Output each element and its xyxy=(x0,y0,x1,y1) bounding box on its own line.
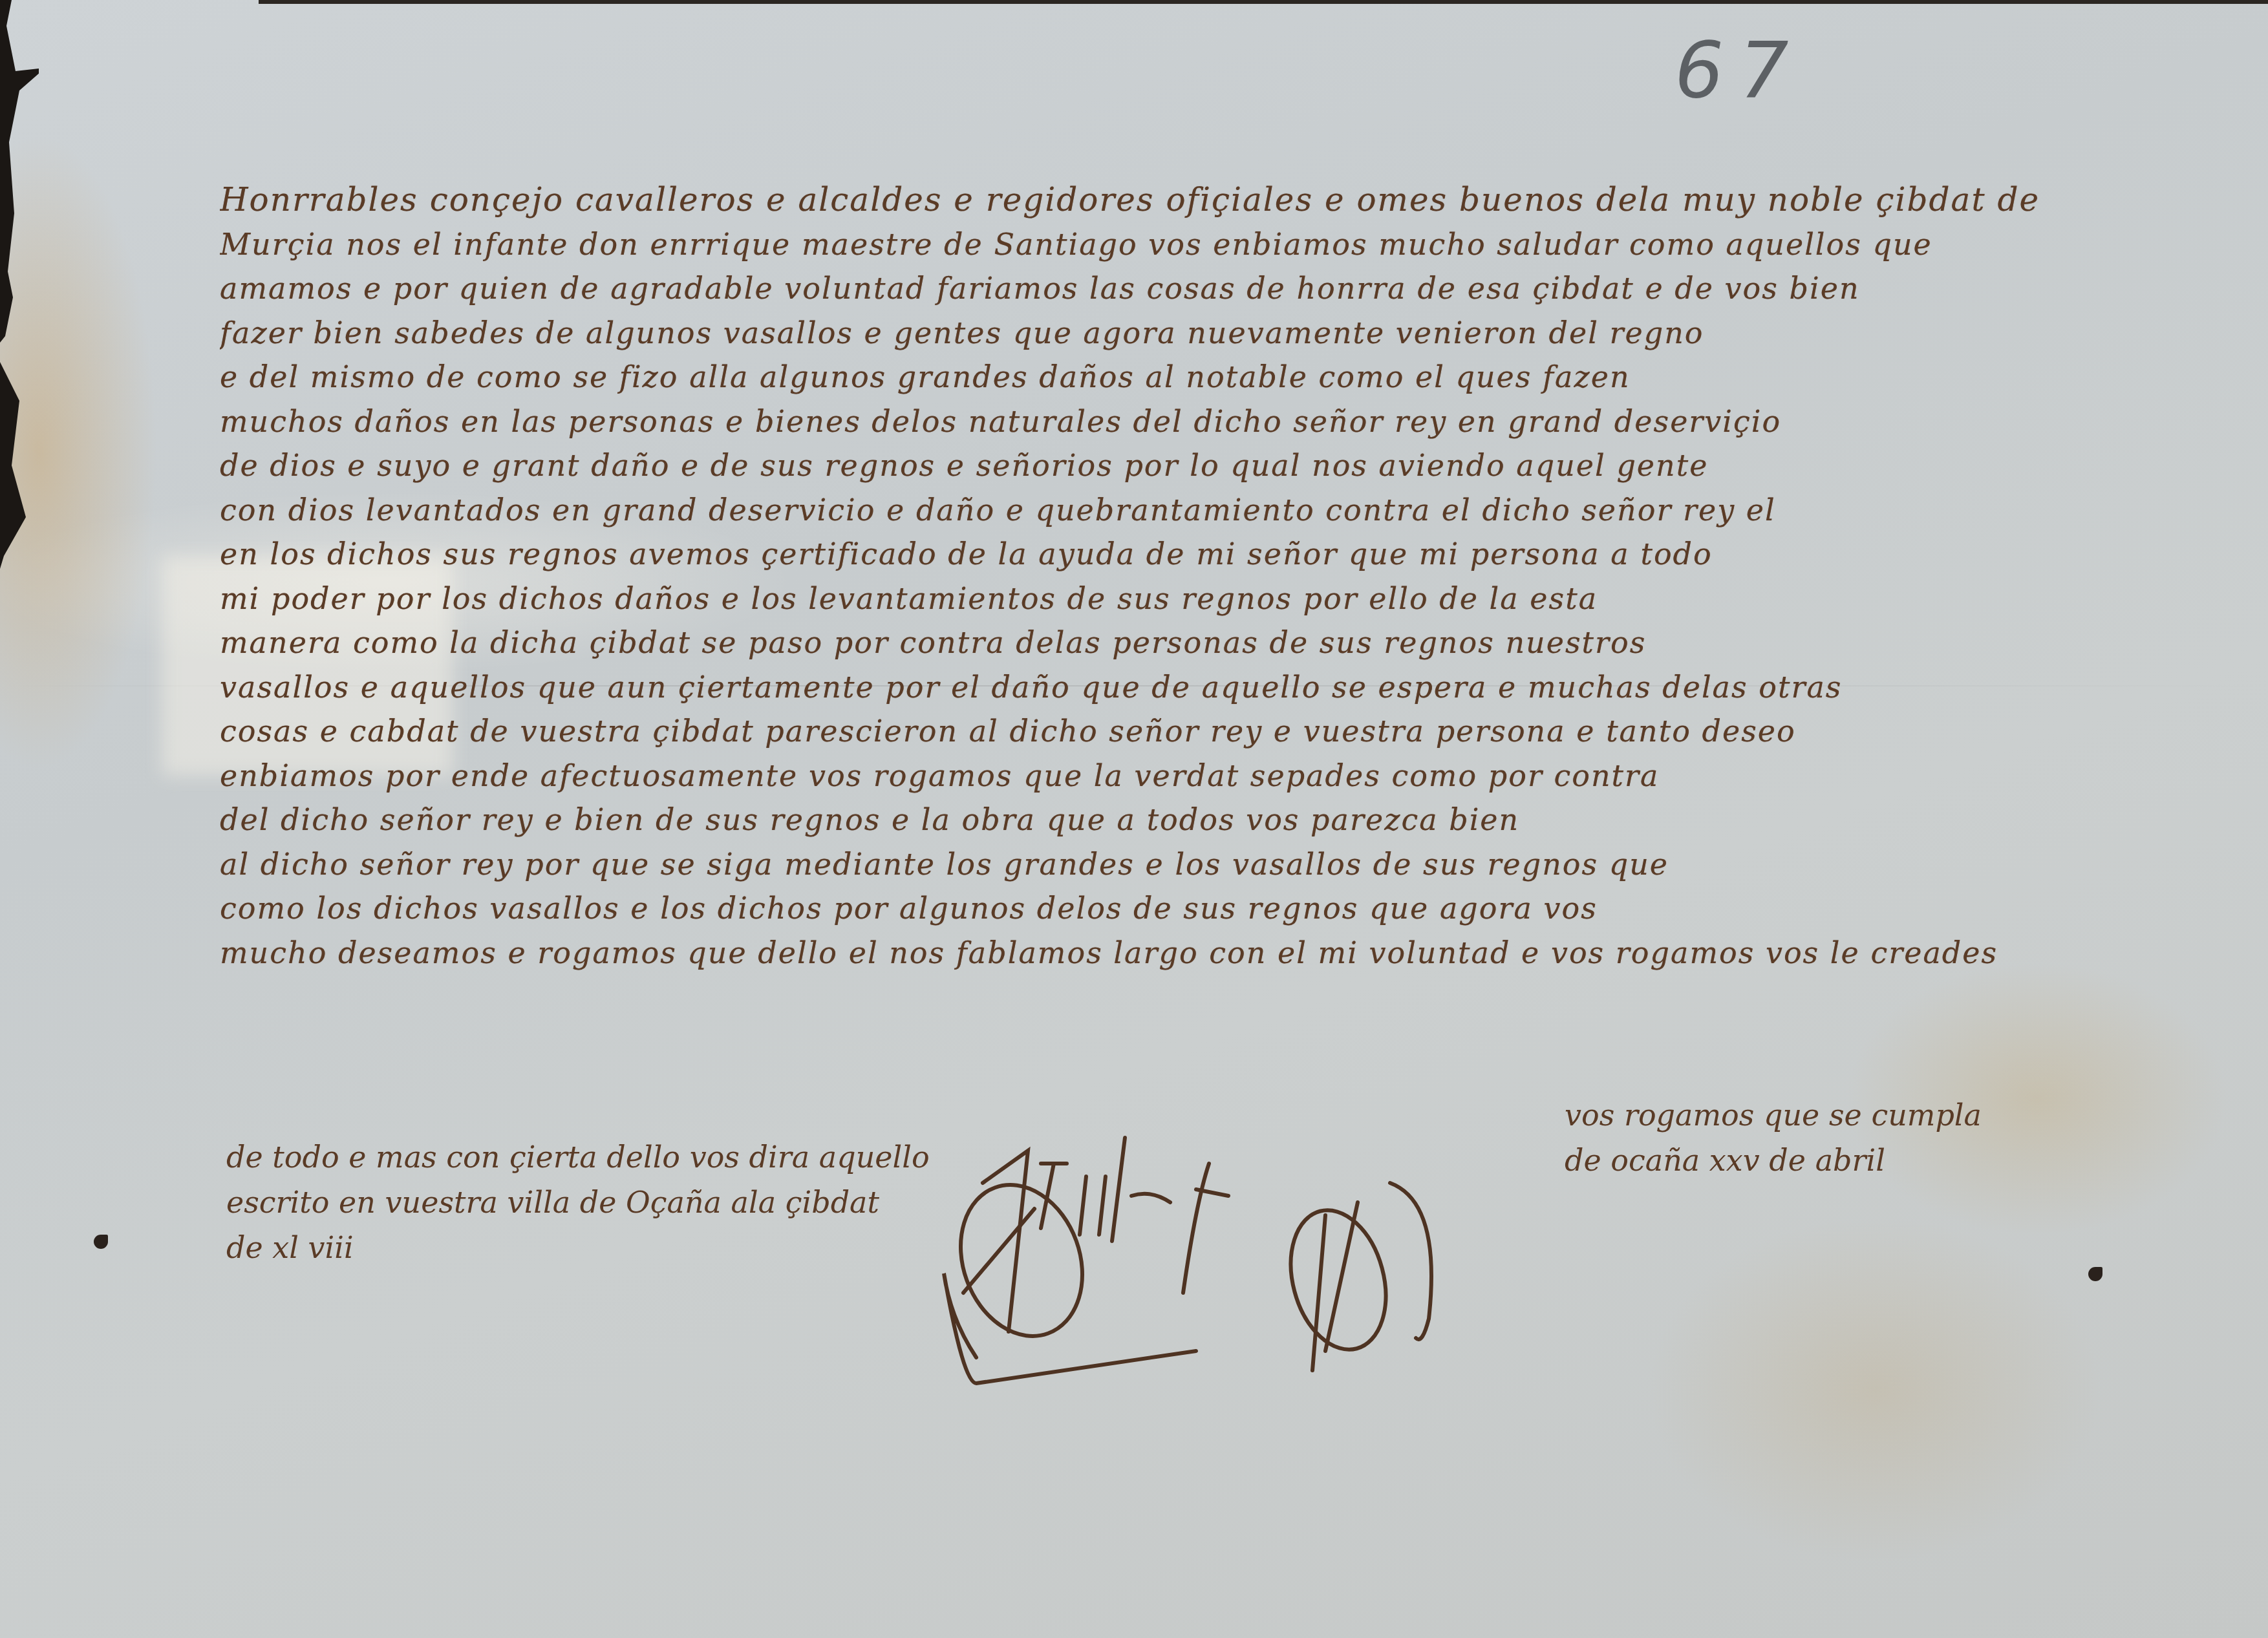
body-line: cosas e cabdat de vuestra çibdat paresci… xyxy=(220,709,2146,754)
body-line: vasallos e aquellos que aun çiertamente … xyxy=(220,665,2146,710)
closing-dateline-right: vos rogamos que se cumpla de ocaña xxv d… xyxy=(1565,1092,2179,1183)
closing-line: de ocaña xxv de abril xyxy=(1565,1138,2179,1183)
folio-number: 67 xyxy=(1674,26,1804,116)
body-line: fazer bien sabedes de algunos vasallos e… xyxy=(220,311,2146,356)
body-line: mucho deseamos e rogamos que dello el no… xyxy=(220,931,2146,975)
body-line: de dios e suyo e grant daño e de sus reg… xyxy=(220,443,2146,488)
body-line: e del mismo de como se fizo alla algunos… xyxy=(220,355,2146,399)
body-line: en los dichos sus regnos avemos çertific… xyxy=(220,532,2146,577)
body-line: con dios levantados en grand deservicio … xyxy=(220,488,2146,533)
body-line: mi poder por los dichos daños e los leva… xyxy=(220,577,2146,621)
body-line: muchos daños en las personas e bienes de… xyxy=(220,399,2146,444)
signature-rubric-left xyxy=(940,1138,1196,1383)
body-line: manera como la dicha çibdat se paso por … xyxy=(220,621,2146,665)
body-line: al dicho señor rey por que se siga media… xyxy=(220,842,2146,887)
letter-body: Honrrables conçejo cavalleros e alcaldes… xyxy=(220,178,2146,975)
body-line: Honrrables conçejo cavalleros e alcaldes… xyxy=(220,178,2146,222)
manuscript-sheet: 67 Honrrables conçejo cavalleros e alcal… xyxy=(0,0,2268,1638)
torn-left-edge xyxy=(0,0,39,1638)
ink-mark xyxy=(2088,1267,2102,1281)
closing-line: vos rogamos que se cumpla xyxy=(1565,1092,2179,1138)
top-edge-shadow xyxy=(259,0,2268,4)
signature-block xyxy=(937,1125,1649,1396)
closing-line: de xl viii xyxy=(226,1225,1002,1270)
body-line: del dicho señor rey e bien de sus regnos… xyxy=(220,798,2146,842)
closing-line: de todo e mas con çierta dello vos dira … xyxy=(226,1134,1002,1180)
body-line: Murçia nos el infante don enrrique maest… xyxy=(220,222,2146,267)
closing-dateline-left: de todo e mas con çierta dello vos dira … xyxy=(226,1134,1002,1270)
body-line: amamos e por quien de agradable voluntad… xyxy=(220,266,2146,311)
signature-rubric-right xyxy=(1183,1164,1431,1370)
body-line: enbiamos por ende afectuosamente vos rog… xyxy=(220,754,2146,798)
body-line: como los dichos vasallos e los dichos po… xyxy=(220,886,2146,931)
closing-line: escrito en vuestra villa de Oçaña ala çi… xyxy=(226,1180,1002,1225)
ink-mark xyxy=(94,1235,108,1249)
